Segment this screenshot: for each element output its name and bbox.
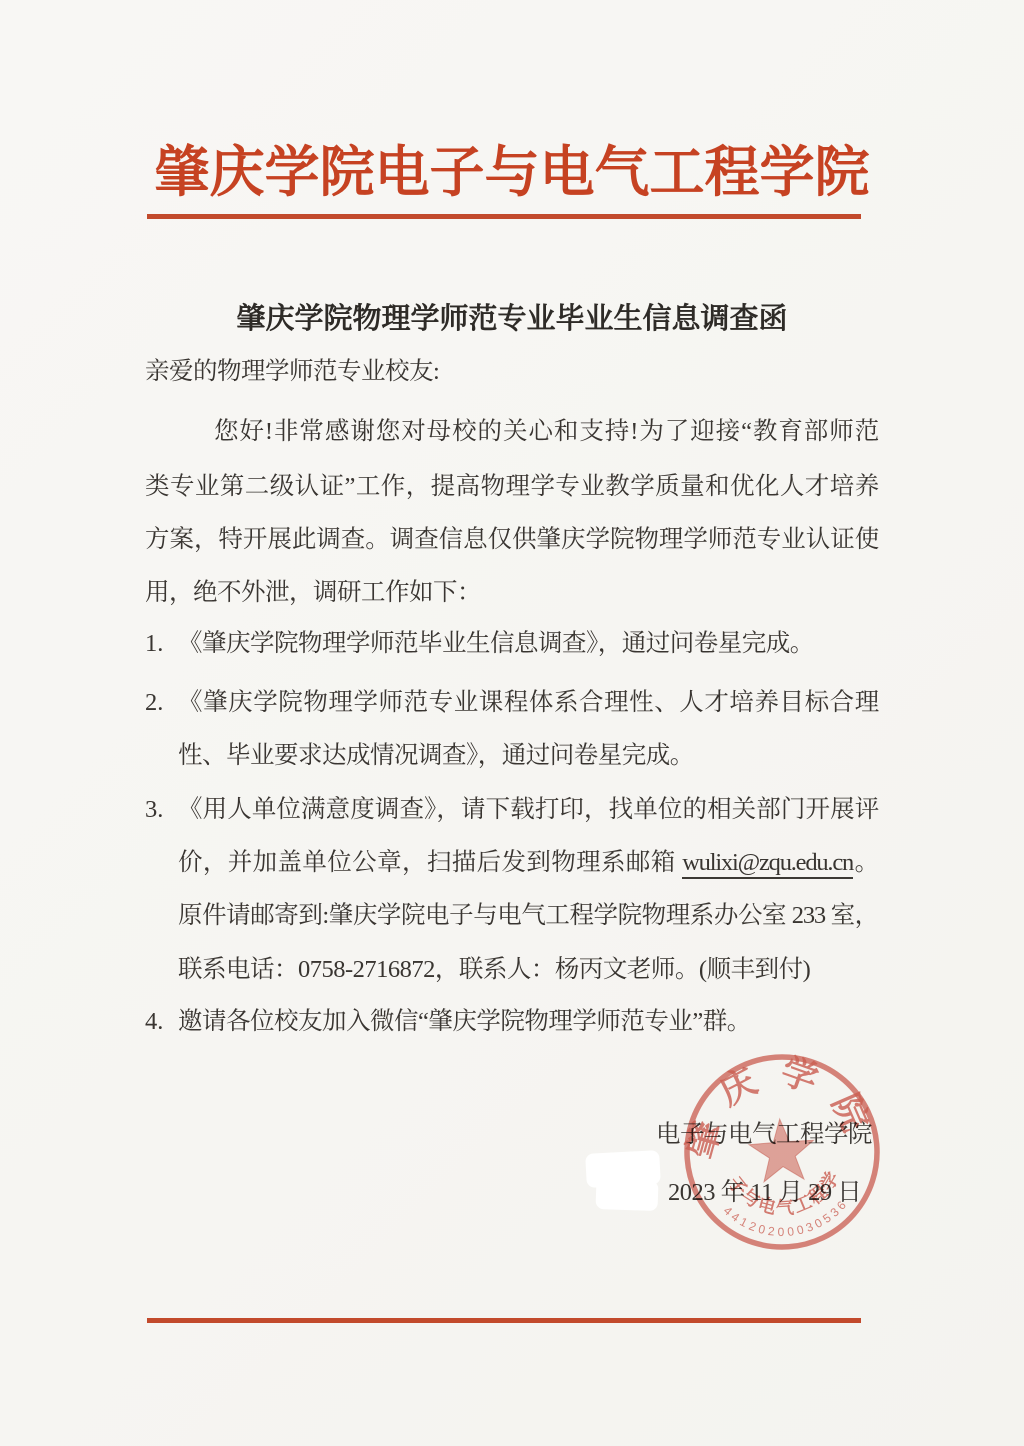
item-3-text-line-3: 原件请邮寄到:肇庆学院电子与电气工程学院物理系办公室 233 室， (178, 899, 878, 933)
letterhead-org-name: 肇庆学院电子与电气工程学院 (0, 128, 1024, 207)
item-3-text-line-1: 《用人单位满意度调查》，请下载打印，找单位的相关部门开展评 (178, 793, 878, 827)
item-3-line-2-post-text: 。 (853, 849, 878, 876)
item-2-text-line-1: 《肇庆学院物理学师范专业课程体系合理性、人才培养目标合理 (178, 686, 878, 720)
list-item-4: 4. 邀请各位校友加入微信“肇庆学院物理学师范专业”群。 (145, 1005, 878, 1039)
intro-line-2: 类专业第二级认证”工作，提高物理学专业教学质量和优化人才培养 (145, 470, 878, 504)
list-item-1: 1. 《肇庆学院物理学师范毕业生信息调查》，通过问卷星完成。 (145, 627, 878, 661)
letter-title: 肇庆学院物理学师范专业毕业生信息调查函 (0, 296, 1024, 337)
item-1-number: 1. (145, 627, 178, 661)
intro-line-3: 方案，特开展此调查。调查信息仅供肇庆学院物理学师范专业认证使 (145, 523, 878, 557)
item-3-text-line-4: 联系电话：0758-2716872，联系人：杨丙文老师。(顺丰到付) (178, 953, 810, 987)
intro-line-1: 您好!非常感谢您对母校的关心和支持!为了迎接“教育部师范 (214, 415, 878, 449)
seal-star-icon (747, 1117, 816, 1183)
intro-line-4: 用，绝不外泄，调研工作如下： (145, 576, 481, 610)
item-3-number: 3. (145, 793, 178, 827)
letterhead-divider-line (147, 214, 861, 219)
footer-divider-line (147, 1318, 861, 1323)
item-3-text-line-2: 价，并加盖单位公章，扫描后发到物理系邮箱 wulixi@zqu.edu.cn。 (178, 846, 878, 880)
official-seal-stamp: 肇庆学院 电子与电气工程学院 44120200030536 (675, 1045, 888, 1258)
physics-dept-email: wulixi@zqu.edu.cn (682, 849, 853, 879)
scanned-letter-page: 肇庆学院电子与电气工程学院 肇庆学院物理学师范专业毕业生信息调查函 亲爱的物理学… (0, 0, 1024, 1446)
list-item-3: 3. 《用人单位满意度调查》，请下载打印，找单位的相关部门开展评 (145, 793, 878, 827)
list-item-2: 2. 《肇庆学院物理学师范专业课程体系合理性、人才培养目标合理 (145, 686, 878, 720)
item-2-number: 2. (145, 686, 178, 720)
item-4-text: 邀请各位校友加入微信“肇庆学院物理学师范专业”群。 (178, 1005, 878, 1039)
item-2-text-line-2: 性、毕业要求达成情况调查》，通过问卷星完成。 (178, 739, 694, 773)
item-4-number: 4. (145, 1005, 178, 1039)
salutation: 亲爱的物理学师范专业校友: (145, 355, 439, 389)
item-3-line-2-pre-text: 价，并加盖单位公章，扫描后发到物理系邮箱 (178, 849, 682, 876)
correction-fluid-blob (595, 1179, 658, 1211)
item-1-text: 《肇庆学院物理学师范毕业生信息调查》，通过问卷星完成。 (178, 627, 878, 661)
